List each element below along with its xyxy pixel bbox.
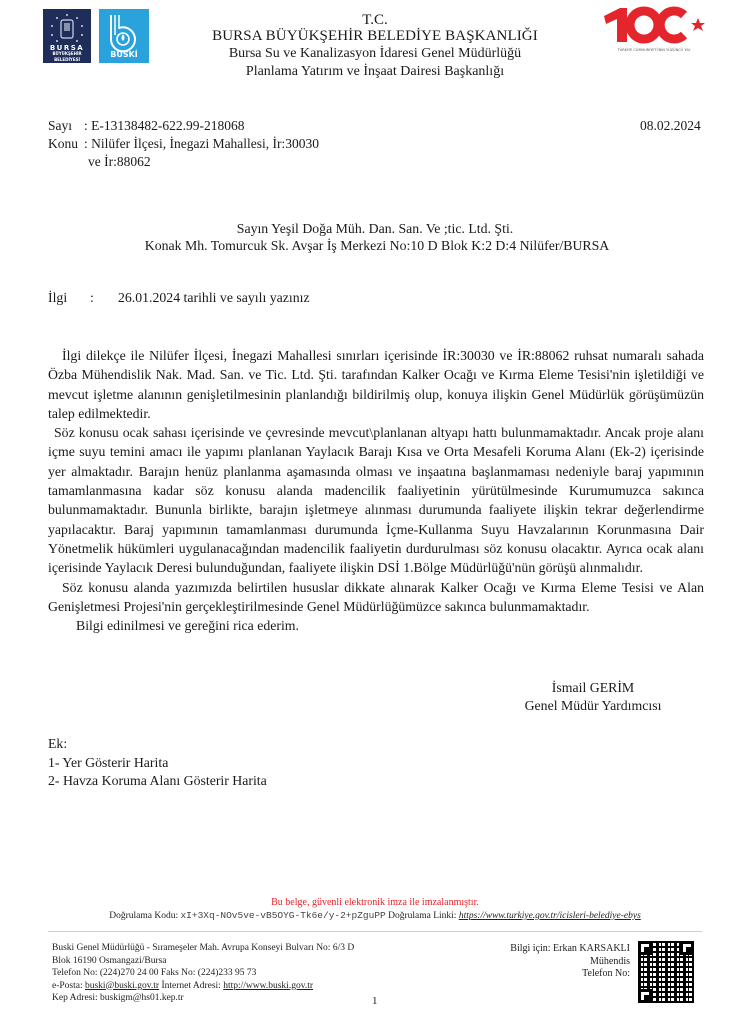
- recipient-address: Konak Mh. Tomurcuk Sk. Avşar İş Merkezi …: [0, 238, 750, 254]
- signatory-name: İsmail GERİM: [500, 679, 686, 697]
- footer-address: Buski Genel Müdürlüğü - Sırameşeler Mah.…: [52, 942, 412, 1005]
- ilgi-row: İlgi:26.01.2024 tarihli ve sayılı yazını…: [48, 290, 310, 306]
- ilgi-label: İlgi: [48, 290, 90, 306]
- body-paragraph-3: Söz konusu alanda yazımızda belirtilen h…: [48, 578, 704, 617]
- footer-contact-row: e-Posta: buski@buski.gov.tr İnternet Adr…: [52, 980, 412, 993]
- attachments-label: Ek:: [48, 735, 267, 754]
- sayi-label: Sayı: [48, 118, 84, 134]
- 100-yil-logo: TÜRKİYE CUMHURİYETİ'NİN YÜZÜNCÜ YILI: [600, 4, 708, 56]
- verification-code: xI+3Xq-NOv5ve-vB5OYG-Tk6e/y-2+pZguPP: [180, 910, 385, 921]
- footer-address-line2: Blok 16190 Osmangazi/Bursa: [52, 955, 412, 968]
- footer-kep: Kep Adresi: buskigm@hs01.kep.tr: [52, 992, 412, 1005]
- attachment-item[interactable]: 2- Havza Koruma Alanı Gösterir Harita: [48, 772, 267, 791]
- body-paragraph-1: İlgi dilekçe ile Nilüfer İlçesi, İnegazi…: [48, 346, 704, 423]
- signatory-title: Genel Müdür Yardımcısı: [500, 697, 686, 715]
- sayi-row: Sayı: E-13138482-622.99-218068: [48, 118, 244, 134]
- footer-email-label: e-Posta:: [52, 981, 83, 991]
- attachments: Ek: 1- Yer Gösterir Harita 2- Havza Koru…: [48, 735, 267, 791]
- info-contact-phone: Telefon No:: [480, 968, 630, 981]
- page-number: 1: [372, 995, 378, 1007]
- verification-row: Doğrulama Kodu: xI+3Xq-NOv5ve-vB5OYG-Tk6…: [0, 910, 750, 923]
- verification-code-label: Doğrulama Kodu:: [109, 911, 178, 921]
- ilgi-sep: :: [90, 290, 118, 306]
- footer-info-contact: Bilgi için: Erkan KARSAKLI Mühendis Tele…: [480, 943, 630, 981]
- footer-email-link[interactable]: buski@buski.gov.tr: [85, 981, 159, 991]
- header-department: Planlama Yatırım ve İnşaat Dairesi Başka…: [150, 64, 600, 80]
- signature-block: İsmail GERİM Genel Müdür Yardımcısı: [500, 679, 686, 715]
- body-paragraph-2: Söz konusu ocak sahası içerisinde ve çev…: [48, 423, 704, 577]
- verification-link[interactable]: https://www.turkiye.gov.tr/icisleri-bele…: [459, 911, 641, 921]
- header-municipality: BURSA BÜYÜKŞEHİR BELEDİYE BAŞKANLIĞI: [150, 28, 600, 45]
- recipient-name: Sayın Yeşil Doğa Müh. Dan. San. Ve ;tic.…: [0, 221, 750, 237]
- bursa-buyuksehir-logo: BURSA BÜYÜKŞEHİR BELEDİYESİ: [43, 9, 91, 63]
- info-contact-name: Bilgi için: Erkan KARSAKLI: [480, 943, 630, 956]
- qr-code-icon: [638, 941, 694, 1003]
- 100-yil-caption: TÜRKİYE CUMHURİYETİ'NİN YÜZÜNCÜ YILI: [604, 48, 704, 52]
- bursa-logo-line3: BELEDİYESİ: [43, 57, 91, 63]
- konu-value: : Nilüfer İlçesi, İnegazi Mahallesi, İr:…: [84, 136, 319, 151]
- header-directorate: Bursa Su ve Kanalizasyon İdaresi Genel M…: [150, 46, 600, 62]
- footer-web-link[interactable]: http://www.buski.gov.tr: [223, 981, 313, 991]
- letter-body: İlgi dilekçe ile Nilüfer İlçesi, İnegazi…: [48, 346, 704, 635]
- footer-address-line1: Buski Genel Müdürlüğü - Sırameşeler Mah.…: [52, 942, 412, 955]
- footer-phone: Telefon No: (224)270 24 00 Faks No: (224…: [52, 967, 412, 980]
- document-date: 08.02.2024: [640, 118, 701, 134]
- buski-logo-text: BUSKİ: [99, 50, 149, 59]
- sayi-value: : E-13138482-622.99-218068: [84, 118, 244, 133]
- konu-label: Konu: [48, 136, 84, 152]
- verification-link-label: Doğrulama Linki:: [388, 911, 456, 921]
- body-paragraph-4: Bilgi edinilmesi ve gereğini rica ederim…: [48, 616, 704, 635]
- footer-web-label: İnternet Adresi:: [161, 981, 220, 991]
- header-tc: T.C.: [150, 12, 600, 29]
- konu-value-continued: ve İr:88062: [88, 154, 151, 170]
- info-contact-role: Mühendis: [480, 956, 630, 969]
- konu-row: Konu: Nilüfer İlçesi, İnegazi Mahallesi,…: [48, 136, 319, 152]
- buski-logo: BUSKİ: [99, 9, 149, 63]
- footer-divider: [48, 931, 702, 932]
- e-signature-notice: Bu belge, güvenli elektronik imza ile im…: [0, 897, 750, 908]
- attachment-item[interactable]: 1- Yer Gösterir Harita: [48, 754, 267, 773]
- ilgi-value: 26.01.2024 tarihli ve sayılı yazınız: [118, 290, 310, 305]
